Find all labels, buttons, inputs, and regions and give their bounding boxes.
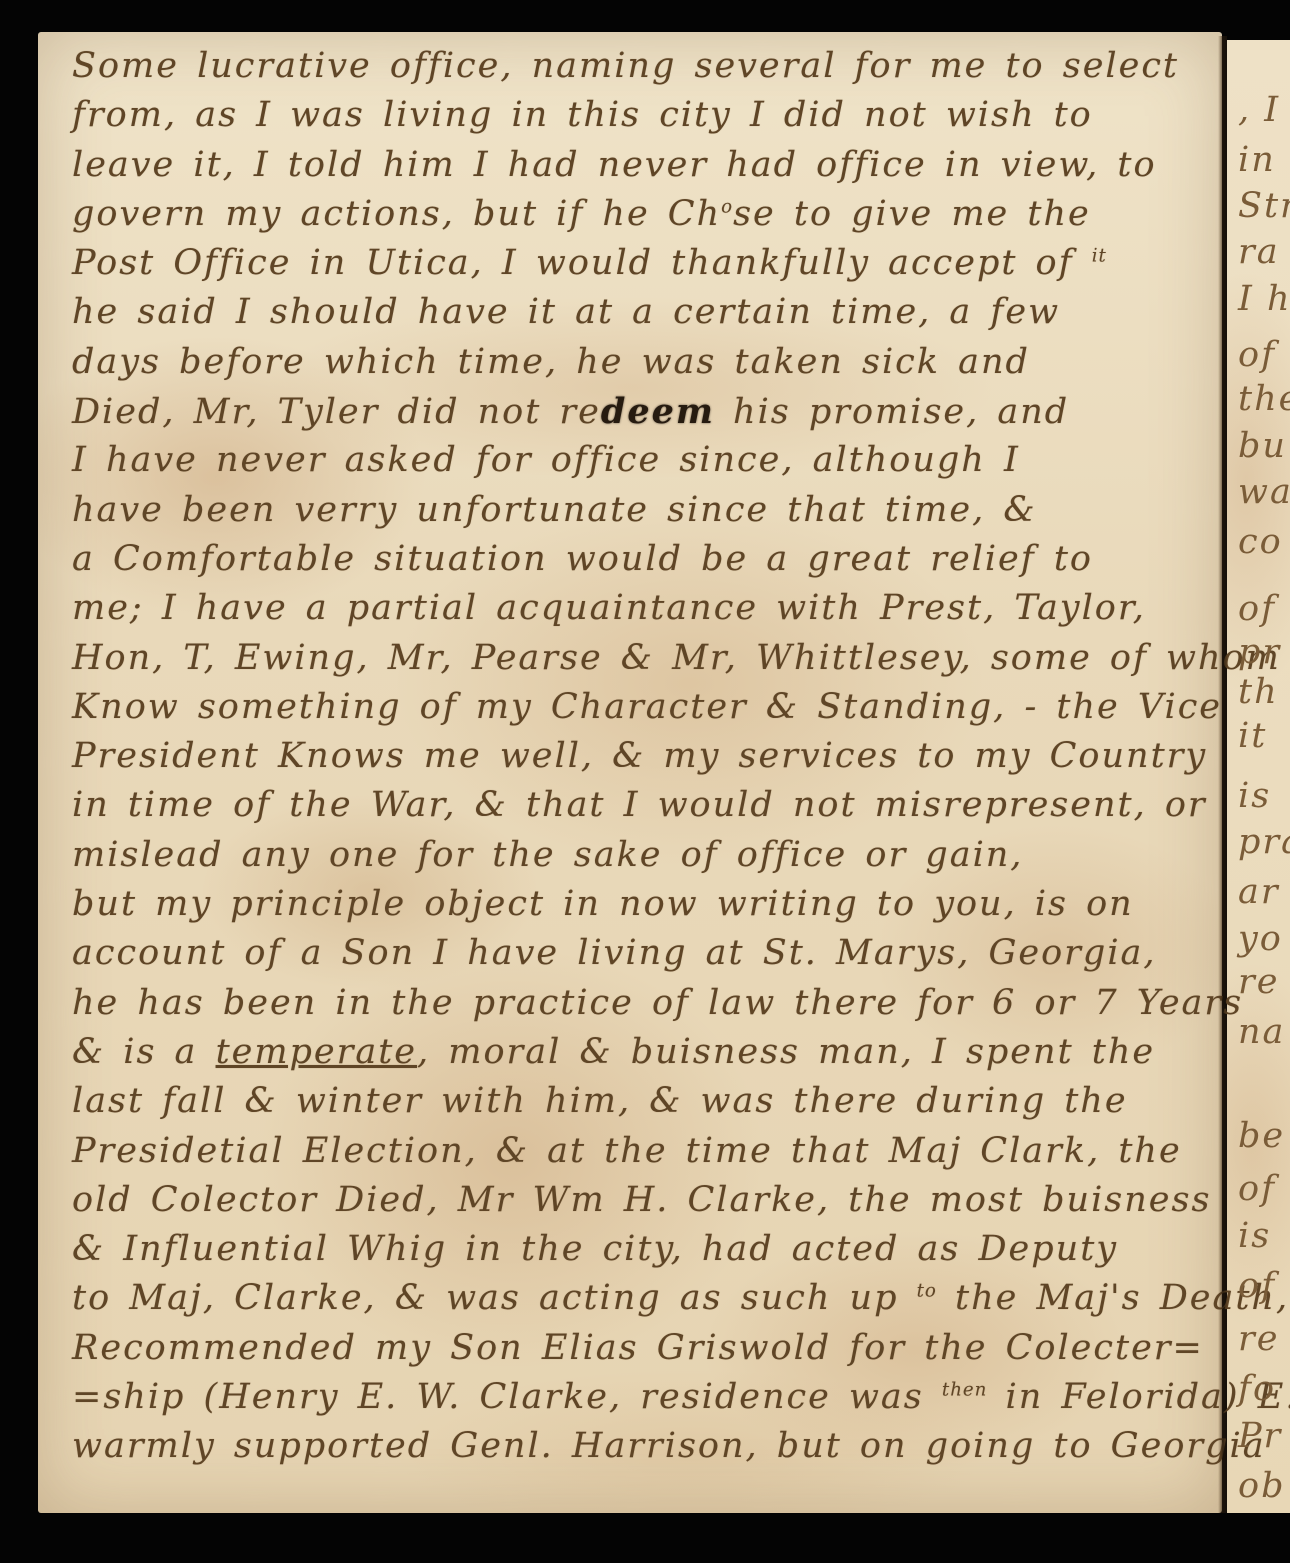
page-2-text-fragment: re — [1238, 962, 1279, 1002]
letter-line: from, as I was living in this city I did… — [72, 95, 1276, 144]
letter-line: have been verry unfortunate since that t… — [72, 490, 1276, 539]
page-2-text-fragment: pra — [1238, 822, 1290, 862]
page-2-text-fragment: I h — [1238, 279, 1290, 319]
page-2-text-fragment: na — [1238, 1012, 1285, 1052]
page-2-text-fragment: co — [1238, 522, 1283, 562]
letter-line: but my principle object in now writing t… — [72, 884, 1276, 933]
letter-line: I have never asked for office since, alt… — [72, 440, 1276, 489]
page-2-text-fragment: th — [1238, 672, 1279, 712]
letter-line: Post Office in Utica, I would thankfully… — [72, 243, 1276, 292]
page-2-text-fragment: , I h — [1238, 90, 1290, 130]
letter-line: President Knows me well, & my services t… — [72, 736, 1276, 785]
superscript-insertion: to — [917, 1281, 937, 1302]
page-2-text-fragment: bu — [1238, 426, 1287, 466]
page-2-text-fragment: pr — [1238, 632, 1281, 672]
page-2-text-fragment: wa — [1238, 472, 1290, 512]
page-2-text-fragment: of — [1238, 1266, 1276, 1306]
letter-line: & Influential Whig in the city, had acte… — [72, 1229, 1276, 1278]
letter-line: Some lucrative office, naming several fo… — [72, 46, 1276, 95]
letter-line: in time of the War, & that I would not m… — [72, 785, 1276, 834]
page-2-text-fragment: ar — [1238, 872, 1280, 912]
letter-line: account of a Son I have living at St. Ma… — [72, 933, 1276, 982]
page-2-text-fragment: yo — [1238, 919, 1283, 959]
page-2-text-fragment: Str — [1238, 186, 1290, 226]
letter-line: warmly supported Genl. Harrison, but on … — [72, 1426, 1276, 1475]
letter-line: old Colector Died, Mr Wm H. Clarke, the … — [72, 1180, 1276, 1229]
page-2-text-fragment: Pr — [1238, 1416, 1282, 1456]
letter-line: Recommended my Son Elias Griswold for th… — [72, 1328, 1276, 1377]
letter-line: he said I should have it at a certain ti… — [72, 292, 1276, 341]
page-2-text-fragment: the — [1238, 379, 1290, 419]
page-2-text-fragment: is — [1238, 1216, 1271, 1256]
letter-line: he has been in the practice of law there… — [72, 983, 1276, 1032]
superscript-insertion: then — [942, 1379, 988, 1400]
page-fold-crease — [1218, 36, 1227, 1513]
letter-line: Presidetial Election, & at the time that… — [72, 1131, 1276, 1180]
page-2-text-fragment: in — [1238, 140, 1276, 180]
letter-line: govern my actions, but if he Chose to gi… — [72, 194, 1276, 243]
letter-line: last fall & winter with him, & was there… — [72, 1081, 1276, 1130]
letter-line: mislead any one for the sake of office o… — [72, 835, 1276, 884]
page-2-text-fragment: of — [1238, 589, 1276, 629]
letter-body-text: Some lucrative office, naming several fo… — [72, 46, 1276, 1476]
letter-line: Died, Mr, Tyler did not redeem his promi… — [72, 391, 1276, 440]
page-2-text-fragment: ob — [1238, 1466, 1285, 1506]
letter-line: leave it, I told him I had never had off… — [72, 145, 1276, 194]
letter-line: =ship (Henry E. W. Clarke, residence was… — [72, 1377, 1276, 1426]
page-2-text-fragment: ra — [1238, 232, 1280, 272]
superscript-insertion: o — [721, 196, 733, 217]
page-2-text-fragment: it — [1238, 716, 1267, 756]
letter-line: & is a temperate, moral & buisness man, … — [72, 1032, 1276, 1081]
page-2-text-fragment: re — [1238, 1319, 1279, 1359]
ink-blot-word: deem — [601, 391, 715, 432]
letter-line: Know something of my Character & Standin… — [72, 687, 1276, 736]
letter-line: to Maj, Clarke, & was acting as such up … — [72, 1278, 1276, 1327]
page-2-text-fragment: of — [1238, 335, 1276, 375]
page-2-text-fragment: is — [1238, 776, 1271, 816]
letter-line: Hon, T, Ewing, Mr, Pearse & Mr, Whittles… — [72, 638, 1276, 687]
page-2-text-fragment: fo — [1238, 1369, 1276, 1409]
underlined-word: temperate — [216, 1032, 417, 1072]
page-2-text-fragment: of — [1238, 1169, 1276, 1209]
superscript-insertion: it — [1092, 246, 1107, 267]
page-2-text-fragment: be — [1238, 1116, 1285, 1156]
letter-line: me; I have a partial acquaintance with P… — [72, 588, 1276, 637]
letter-line: days before which time, he was taken sic… — [72, 342, 1276, 391]
letter-line: a Comfortable situation would be a great… — [72, 539, 1276, 588]
